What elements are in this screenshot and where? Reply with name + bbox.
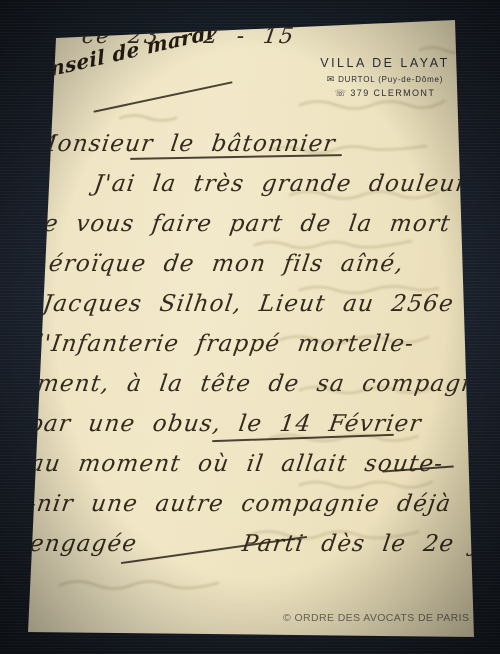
photo-vignette	[0, 0, 500, 654]
